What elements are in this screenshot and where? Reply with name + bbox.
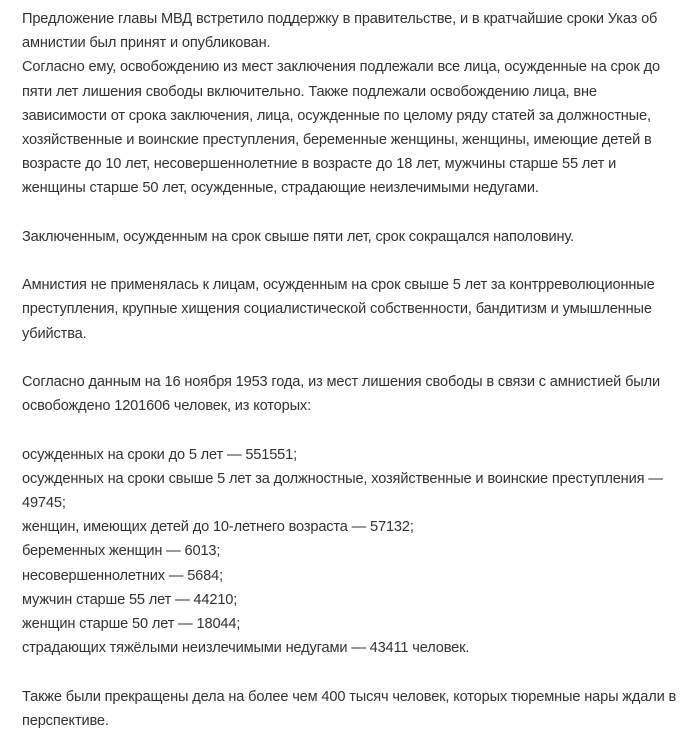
paragraph-exclusions: Амнистия не применялась к лицам, осужден… — [22, 273, 682, 346]
paragraph-spacer — [22, 249, 682, 273]
paragraph-spacer — [22, 346, 682, 370]
article-body: Предложение главы МВД встретило поддержк… — [0, 0, 699, 733]
list-item: беременных женщин — 6013; — [22, 539, 682, 563]
paragraph-release-conditions: Согласно ему, освобождению из мест заклю… — [22, 55, 682, 200]
paragraph-release-totals: Согласно данным на 16 ноября 1953 года, … — [22, 370, 682, 418]
paragraph-sentence-reduction: Заключенным, осужденным на срок свыше пя… — [22, 225, 682, 249]
list-item: мужчин старше 55 лет — 44210; — [22, 588, 682, 612]
list-item: несовершеннолетних — 5684; — [22, 564, 682, 588]
list-item: страдающих тяжёлыми неизлечимыми недугам… — [22, 636, 682, 660]
paragraph-spacer — [22, 660, 682, 684]
paragraph-decree-intro: Предложение главы МВД встретило поддержк… — [22, 7, 682, 55]
paragraph-spacer — [22, 201, 682, 225]
list-item: осужденных на сроки свыше 5 лет за должн… — [22, 467, 682, 515]
list-item: женщин старше 50 лет — 18044; — [22, 612, 682, 636]
list-item: осужденных на сроки до 5 лет — 551551; — [22, 443, 682, 467]
list-item: женщин, имеющих детей до 10-летнего возр… — [22, 515, 682, 539]
paragraph-cases-dropped: Также были прекращены дела на более чем … — [22, 685, 682, 733]
release-statistics-list: осужденных на сроки до 5 лет — 551551; о… — [22, 443, 682, 661]
paragraph-spacer — [22, 418, 682, 442]
